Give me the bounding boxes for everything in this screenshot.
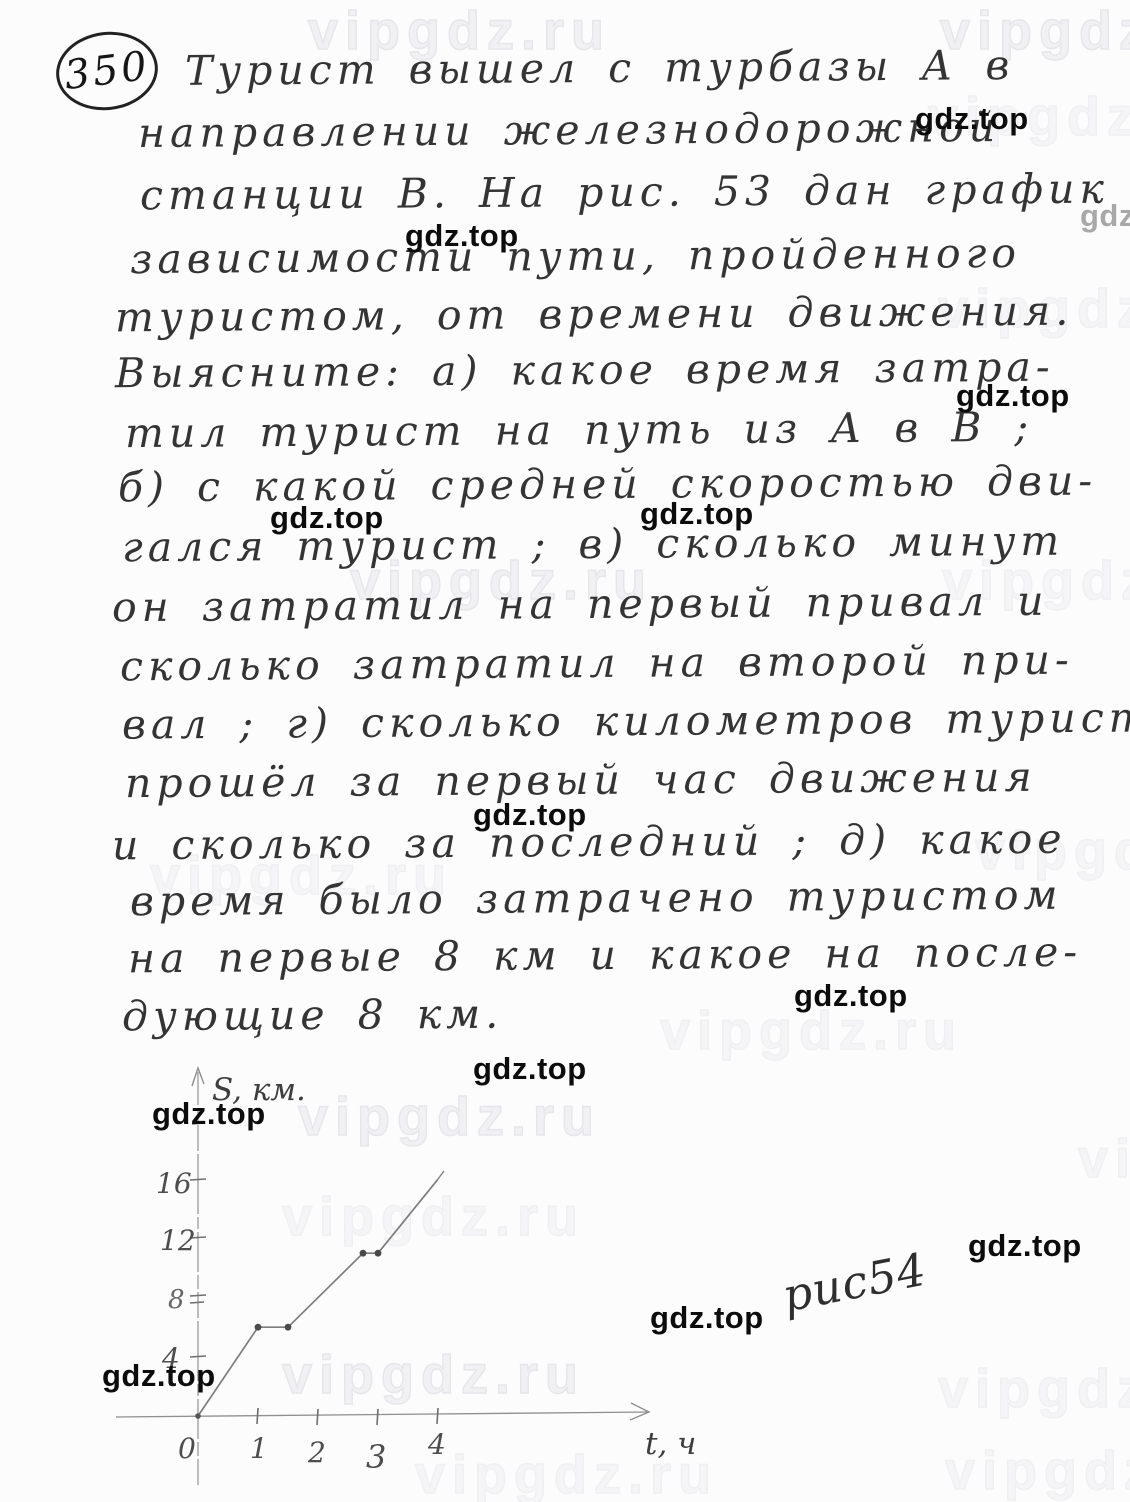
gdz-top-watermark: gdz.top: [794, 978, 908, 1014]
gdz-top-watermark: gdz.top: [640, 496, 754, 532]
handwritten-line: Турист вышел с турбазы А в: [185, 43, 1015, 94]
handwritten-line: зависимости пути, пройденного: [130, 231, 1021, 282]
gdz-top-watermark: gdz.top: [152, 1096, 266, 1132]
handwritten-line: и сколько за последний ; д) какое: [112, 817, 1067, 869]
gdz-top-watermark-clipped: gdz.top: [1080, 198, 1130, 234]
x-tick-marks: [257, 1408, 438, 1425]
vipgdz-watermark: vipgdz.ru: [938, 1358, 1130, 1420]
y-tick-label-12: 12: [160, 1224, 196, 1257]
handwritten-line: Выясните: а) какое время затра-: [115, 345, 1055, 397]
handwritten-line: сколько затратил на второй при-: [120, 638, 1074, 690]
x-tick-label-4: 4: [427, 1428, 446, 1461]
gdz-top-watermark: gdz.top: [473, 1051, 587, 1087]
handwritten-line: станции В. На рис. 53 дан график: [140, 167, 1109, 219]
x-tick-label-3: 3: [366, 1438, 386, 1476]
curve-points: [255, 1250, 382, 1331]
handwritten-line: б) с какой средней скоростью дви-: [118, 459, 1098, 511]
distance-time-curve: [198, 1179, 438, 1416]
gdz-top-watermark: gdz.top: [915, 101, 1029, 137]
y-tick-label-8: 8: [168, 1285, 185, 1315]
origin-point: [195, 1413, 201, 1419]
problem-number: 350: [62, 43, 152, 99]
handwritten-line: гался турист ; в) сколько минут: [122, 519, 1064, 571]
curve-point: [255, 1324, 262, 1331]
curve-end-tip: [438, 1171, 444, 1179]
vipgdz-watermark: vipgdz.ru: [1078, 1128, 1130, 1190]
vipgdz-watermark: vipgdz.ru: [0, 450, 3, 512]
curve-point: [285, 1324, 292, 1331]
curve-point: [375, 1250, 382, 1257]
x-axis-title: t, ч: [645, 1426, 696, 1462]
handwritten-line: время было затрачено туристом: [130, 873, 1063, 925]
x-tick-label-0: 0: [178, 1432, 196, 1465]
gdz-top-watermark: gdz.top: [405, 218, 519, 254]
handwritten-line: дующие 8 км.: [122, 992, 504, 1040]
vipgdz-watermark: vipgdz.ru: [945, 1440, 1130, 1502]
gdz-top-watermark: gdz.top: [650, 1300, 764, 1336]
handwritten-line: вал ; г) сколько километров турист: [122, 695, 1130, 747]
x-tick-label-1: 1: [250, 1432, 268, 1465]
figure-caption: рис54: [778, 1243, 931, 1323]
gdz-top-watermark: gdz.top: [473, 797, 587, 833]
gdz-top-watermark: gdz.top: [102, 1358, 216, 1394]
handwritten-line: на первые 8 км и какое на после-: [128, 930, 1082, 982]
gdz-top-watermark: gdz.top: [968, 1228, 1082, 1264]
handwritten-line: направлении железнодорожной: [138, 105, 1001, 156]
handwritten-line: туристом, от времени движения.: [115, 289, 1074, 341]
handwritten-line: тил турист на путь из А в В ;: [125, 405, 1034, 456]
problem-number-circle: 350: [52, 26, 163, 116]
y-tick-label-16: 16: [156, 1167, 192, 1200]
gdz-top-watermark: gdz.top: [956, 378, 1070, 414]
handwritten-line: он затратил на первый привал и: [112, 579, 1049, 631]
curve-point: [360, 1250, 367, 1257]
gdz-top-watermark: gdz.top: [270, 500, 384, 536]
scanned-notebook-page: vipgdz.ru vipgdz.ru vipgdz.ru vipgdz.ru …: [0, 0, 1130, 1502]
x-tick-label-2: 2: [307, 1436, 326, 1469]
